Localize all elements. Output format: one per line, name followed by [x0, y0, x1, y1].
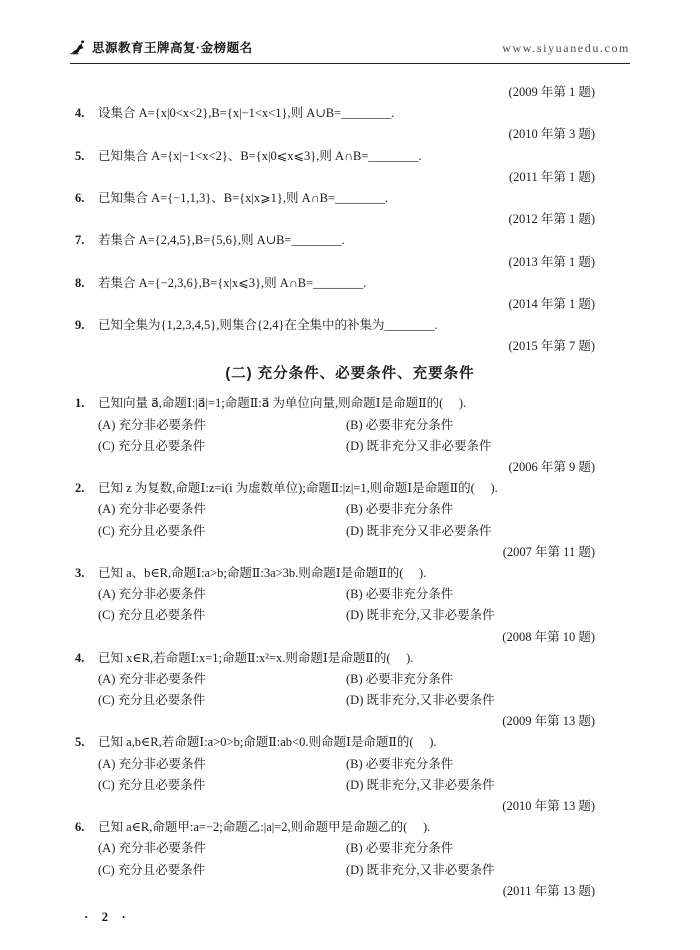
options-row: (C) 充分且必要条件 (D) 既非充分又非必要条件: [70, 521, 630, 542]
option-c: (C) 充分且必要条件: [98, 690, 346, 711]
options-row: (C) 充分且必要条件 (D) 既非充分,又非必要条件: [70, 605, 630, 626]
option-a: (A) 充分非必要条件: [98, 669, 346, 690]
question-source: (2013 年第 1 题): [70, 252, 630, 273]
question-number: 3.: [70, 563, 98, 584]
question-number: 4.: [70, 103, 98, 124]
option-b: (B) 必要非充分条件: [346, 499, 630, 520]
mc-question-2: 2. 已知 z 为复数,命题Ⅰ:z=i(i 为虚数单位);命题Ⅱ:|z|=1,则…: [70, 478, 630, 499]
fill-in-question-9: 9. 已知全集为{1,2,3,4,5},则集合{2,4}在全集中的补集为____…: [70, 315, 630, 336]
options-row: (C) 充分且必要条件 (D) 既非充分又非必要条件: [70, 436, 630, 457]
mc-question-6: 6. 已知 a∈R,命题甲:a=−2;命题乙:|a|=2,则命题甲是命题乙的( …: [70, 817, 630, 838]
page-header: 思源教育王牌高复·金榜题名 www.siyuanedu.com: [70, 38, 630, 64]
options-row: (A) 充分非必要条件 (B) 必要非充分条件: [70, 499, 630, 520]
question-number: 6.: [70, 188, 98, 209]
textbook-page: 思源教育王牌高复·金榜题名 www.siyuanedu.com (2009 年第…: [0, 0, 700, 950]
question-source: (2011 年第 1 题): [70, 167, 630, 188]
question-stem: 已知 a、b∈R,命题Ⅰ:a>b;命题Ⅱ:3a>3b.则命题Ⅰ是命题Ⅱ的( ).: [98, 563, 630, 584]
option-d: (D) 既非充分,又非必要条件: [346, 860, 630, 881]
mc-question-3: 3. 已知 a、b∈R,命题Ⅰ:a>b;命题Ⅱ:3a>3b.则命题Ⅰ是命题Ⅱ的(…: [70, 563, 630, 584]
question-number: 1.: [70, 393, 98, 414]
question-text: 若集合 A={−2,3,6},B={x|x⩽3},则 A∩B=________.: [98, 273, 630, 294]
question-number: 4.: [70, 648, 98, 669]
question-source: (2007 年第 11 题): [70, 542, 630, 563]
mc-question-4: 4. 已知 x∈R,若命题Ⅰ:x=1;命题Ⅱ:x²=x.则命题Ⅰ是命题Ⅱ的( )…: [70, 648, 630, 669]
option-a: (A) 充分非必要条件: [98, 838, 346, 859]
question-number: 5.: [70, 146, 98, 167]
question-source: (2008 年第 10 题): [70, 627, 630, 648]
option-b: (B) 必要非充分条件: [346, 669, 630, 690]
option-b: (B) 必要非充分条件: [346, 415, 630, 436]
page-content: (2009 年第 1 题) 4. 设集合 A={x|0<x<2},B={x|−1…: [70, 82, 630, 902]
option-c: (C) 充分且必要条件: [98, 860, 346, 881]
option-d: (D) 既非充分,又非必要条件: [346, 605, 630, 626]
brand-title: 思源教育王牌高复·金榜题名: [92, 38, 253, 56]
option-c: (C) 充分且必要条件: [98, 605, 346, 626]
fill-in-question-7: 7. 若集合 A={2,4,5},B={5,6},则 A∪B=________.: [70, 230, 630, 251]
question-text: 设集合 A={x|0<x<2},B={x|−1<x<1},则 A∪B=_____…: [98, 103, 630, 124]
question-number: 8.: [70, 273, 98, 294]
fill-in-question-6: 6. 已知集合 A={−1,1,3}、B={x|x⩾1},则 A∩B=_____…: [70, 188, 630, 209]
option-c: (C) 充分且必要条件: [98, 521, 346, 542]
option-b: (B) 必要非充分条件: [346, 754, 630, 775]
mc-question-5: 5. 已知 a,b∈R,若命题Ⅰ:a>0>b;命题Ⅱ:ab<0.则命题Ⅰ是命题Ⅱ…: [70, 732, 630, 753]
options-row: (A) 充分非必要条件 (B) 必要非充分条件: [70, 415, 630, 436]
option-d: (D) 既非充分又非必要条件: [346, 521, 630, 542]
question-source: (2015 年第 7 题): [70, 336, 630, 357]
question-source: (2010 年第 13 题): [70, 796, 630, 817]
option-c: (C) 充分且必要条件: [98, 775, 346, 796]
option-a: (A) 充分非必要条件: [98, 499, 346, 520]
question-number: 6.: [70, 817, 98, 838]
options-row: (A) 充分非必要条件 (B) 必要非充分条件: [70, 838, 630, 859]
fill-in-question-8: 8. 若集合 A={−2,3,6},B={x|x⩽3},则 A∩B=______…: [70, 273, 630, 294]
option-d: (D) 既非充分,又非必要条件: [346, 690, 630, 711]
option-b: (B) 必要非充分条件: [346, 584, 630, 605]
brand: 思源教育王牌高复·金榜题名: [70, 38, 253, 56]
options-row: (C) 充分且必要条件 (D) 既非充分,又非必要条件: [70, 690, 630, 711]
question-stem: 已知 z 为复数,命题Ⅰ:z=i(i 为虚数单位);命题Ⅱ:|z|=1,则命题Ⅰ…: [98, 478, 630, 499]
question-number: 7.: [70, 230, 98, 251]
mc-question-1: 1. 已知向量 a⃗,命题Ⅰ:|a⃗|=1;命题Ⅱ:a⃗ 为单位向量,则命题Ⅰ是…: [70, 393, 630, 414]
question-stem: 已知 x∈R,若命题Ⅰ:x=1;命题Ⅱ:x²=x.则命题Ⅰ是命题Ⅱ的( ).: [98, 648, 630, 669]
question-stem: 已知向量 a⃗,命题Ⅰ:|a⃗|=1;命题Ⅱ:a⃗ 为单位向量,则命题Ⅰ是命题Ⅱ…: [98, 393, 630, 414]
question-source: (2006 年第 9 题): [70, 457, 630, 478]
option-b: (B) 必要非充分条件: [346, 838, 630, 859]
option-a: (A) 充分非必要条件: [98, 754, 346, 775]
question-number: 5.: [70, 732, 98, 753]
page-number: · 2 ·: [84, 909, 131, 925]
options-row: (A) 充分非必要条件 (B) 必要非充分条件: [70, 754, 630, 775]
option-d: (D) 既非充分,又非必要条件: [346, 775, 630, 796]
question-text: 已知集合 A={−1,1,3}、B={x|x⩾1},则 A∩B=________…: [98, 188, 630, 209]
question-stem: 已知 a∈R,命题甲:a=−2;命题乙:|a|=2,则命题甲是命题乙的( ).: [98, 817, 630, 838]
options-row: (A) 充分非必要条件 (B) 必要非充分条件: [70, 584, 630, 605]
fill-in-question-5: 5. 已知集合 A={x|−1<x<2}、B={x|0⩽x⩽3},则 A∩B=_…: [70, 146, 630, 167]
options-row: (C) 充分且必要条件 (D) 既非充分,又非必要条件: [70, 775, 630, 796]
question-number: 2.: [70, 478, 98, 499]
question-text: 已知全集为{1,2,3,4,5},则集合{2,4}在全集中的补集为_______…: [98, 315, 630, 336]
question-text: 若集合 A={2,4,5},B={5,6},则 A∪B=________.: [98, 230, 630, 251]
website-url: www.siyuanedu.com: [502, 41, 630, 56]
section-title: (二) 充分条件、必要条件、充要条件: [70, 362, 630, 386]
question-source: (2009 年第 13 题): [70, 711, 630, 732]
option-d: (D) 既非充分又非必要条件: [346, 436, 630, 457]
options-row: (C) 充分且必要条件 (D) 既非充分,又非必要条件: [70, 860, 630, 881]
question-text: 已知集合 A={x|−1<x<2}、B={x|0⩽x⩽3},则 A∩B=____…: [98, 146, 630, 167]
question-source: (2012 年第 1 题): [70, 209, 630, 230]
option-c: (C) 充分且必要条件: [98, 436, 346, 457]
question-source: (2014 年第 1 题): [70, 294, 630, 315]
option-a: (A) 充分非必要条件: [98, 415, 346, 436]
question-number: 9.: [70, 315, 98, 336]
question-stem: 已知 a,b∈R,若命题Ⅰ:a>0>b;命题Ⅱ:ab<0.则命题Ⅰ是命题Ⅱ的( …: [98, 732, 630, 753]
fill-in-question-4: 4. 设集合 A={x|0<x<2},B={x|−1<x<1},则 A∪B=__…: [70, 103, 630, 124]
siyuan-logo-icon: [70, 40, 88, 55]
options-row: (A) 充分非必要条件 (B) 必要非充分条件: [70, 669, 630, 690]
option-a: (A) 充分非必要条件: [98, 584, 346, 605]
question-source: (2011 年第 13 题): [70, 881, 630, 902]
question-source: (2010 年第 3 题): [70, 124, 630, 145]
question-source: (2009 年第 1 题): [70, 82, 630, 103]
